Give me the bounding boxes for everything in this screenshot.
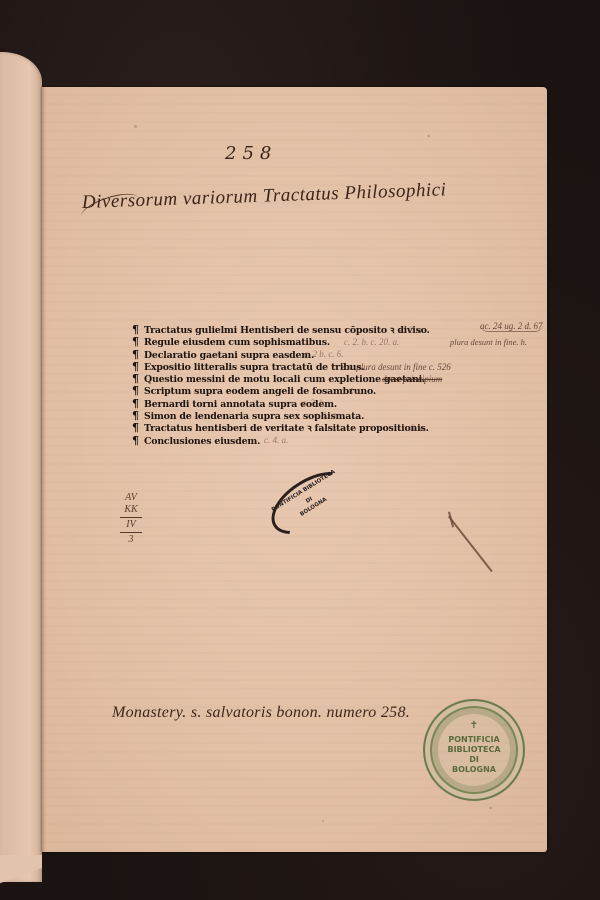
left-facing-page-edge — [0, 52, 42, 882]
contents-item: ¶Conclusiones eiusdem. — [132, 436, 452, 448]
provenance-inscription: Monastery. s. salvatoris bonon. numero 2… — [112, 704, 410, 722]
right-margin-note: ac. 24 ug. 2 d. 67 — [480, 321, 543, 332]
left-margin-shelfmark: AV KK IV 3 — [116, 492, 146, 546]
paragraph-mark-icon: ¶ — [132, 436, 143, 446]
contents-item-text: Tractatus hentisberi de veritate ꝛ falsi… — [144, 423, 429, 435]
stamp-text: BIBLIOTECA — [425, 745, 523, 755]
stamp-text: BOLOGNA — [277, 483, 350, 532]
contents-item: ¶Regule eiusdem cum sophismatibus. — [132, 337, 452, 349]
round-library-stamp: ✝ PONTIFICIA BIBLIOTECA DI BOLOGNA — [423, 699, 525, 801]
stamp-text: PONTIFICIA — [425, 735, 523, 745]
contents-item-text: Regule eiusdem cum sophismatibus. — [144, 337, 330, 349]
right-margin-note: plura desunt in fine. h. — [450, 337, 527, 347]
shelfmark-line: 3 — [116, 534, 146, 546]
shelfmark-line: KK — [116, 504, 146, 516]
foxing-spot — [134, 125, 137, 128]
marginal-note: c. 2 a. plura desunt in fine c. 526 — [332, 362, 451, 372]
paragraph-mark-icon: ¶ — [132, 423, 143, 433]
marginal-note: deest principium — [382, 374, 442, 384]
cross-icon: ✝ — [425, 721, 523, 731]
marginal-note: c. 4. a. — [264, 435, 288, 445]
marginal-note: c. 1. a. — [314, 410, 338, 420]
stray-pen-stroke — [448, 516, 493, 572]
title-page: 258 Diversorum variorum Tractatus Philos… — [42, 87, 547, 852]
shelfmark-rule — [120, 517, 142, 518]
shelfmark-rule — [120, 532, 142, 533]
contents-item-text: Tractatus gulielmi Hentisberi de sensu c… — [144, 325, 430, 337]
contents-item: ¶Scriptum supra eodem angeli de fosambru… — [132, 386, 452, 398]
foxing-spot — [489, 807, 492, 809]
paragraph-mark-icon: ¶ — [132, 337, 143, 347]
contents-item-text: Conclusiones eiusdem. — [144, 436, 260, 448]
marginal-note: c. 3. a. — [402, 423, 426, 433]
shelf-number: 258 — [225, 143, 277, 164]
contents-item: ¶Declaratio gaetani supra easdem. — [132, 350, 452, 362]
paragraph-mark-icon: ¶ — [132, 386, 143, 396]
paragraph-mark-icon: ¶ — [132, 399, 143, 409]
handwritten-title: Diversorum variorum Tractatus Philosophi… — [82, 179, 447, 214]
left-page-corner — [0, 855, 42, 895]
paragraph-mark-icon: ¶ — [132, 374, 143, 384]
paragraph-mark-icon: ¶ — [132, 325, 143, 335]
gutter-shadow — [42, 87, 46, 852]
paragraph-mark-icon: ¶ — [132, 362, 143, 372]
marginal-note: c. 2. b. c. 20. a. — [344, 337, 399, 347]
paragraph-mark-icon: ¶ — [132, 350, 143, 360]
contents-item: ¶Bernardi torni annotata supra eodem. — [132, 399, 452, 411]
contents-item: ¶Simon de lendenaria supra sex sophismat… — [132, 411, 452, 423]
stamp-text-block: PONTIFICIA BIBLIOTECA DI BOLOGNA — [425, 735, 523, 775]
marginal-note: c. 4 a. — [340, 386, 362, 396]
contents-item-text: Declaratio gaetani supra easdem. — [144, 350, 314, 362]
oval-library-stamp: PONTIFICIA BIBLIOTECA DI BOLOGNA — [261, 459, 361, 546]
stamp-text: DI — [425, 755, 523, 765]
shelfmark-line: IV — [116, 519, 146, 531]
shelfmark-line: AV — [116, 492, 146, 504]
marginal-note: c. 2 b. c. 6. — [304, 349, 344, 359]
marginal-note: c. 2. a. — [400, 325, 424, 335]
paragraph-mark-icon: ¶ — [132, 411, 143, 421]
foxing-spot — [427, 135, 430, 137]
marginal-note: c. 3. b. — [302, 398, 326, 408]
foxing-spot — [322, 820, 324, 822]
stamp-text: BOLOGNA — [425, 765, 523, 775]
